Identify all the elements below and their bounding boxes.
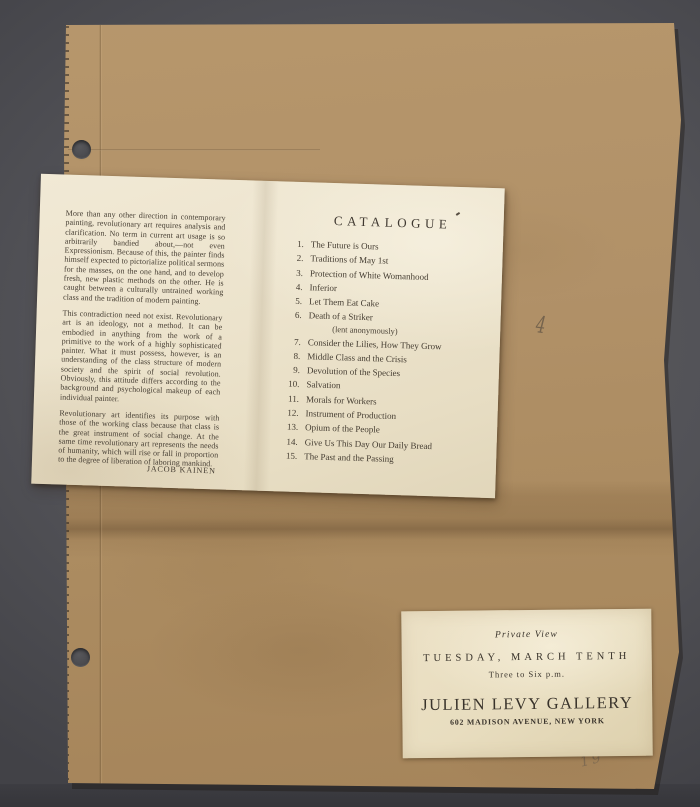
item-title: Traditions of May 1st xyxy=(310,255,388,267)
catalogue-title: CATALOGUE xyxy=(287,212,493,234)
catalogue-item-note: (lent anonymously) xyxy=(332,325,490,339)
catalogue-title-text: CATALOGUE xyxy=(334,213,452,232)
item-number: 4. xyxy=(285,282,302,292)
item-number: 1. xyxy=(287,240,304,250)
item-number: 2. xyxy=(286,254,303,264)
item-title: Opium of the People xyxy=(305,424,380,436)
item-title: Instrument of Production xyxy=(305,409,396,421)
essay-column: More than any other direction in contemp… xyxy=(58,209,226,477)
item-number: 9. xyxy=(283,366,300,376)
catalogue-item: 15.The Past and the Passing xyxy=(280,451,486,467)
event-time: Three to Six p.m. xyxy=(402,668,652,681)
catalogue-item: 13.Opium of the People xyxy=(281,423,487,439)
gallery-address: 602 MADISON AVENUE, NEW YORK xyxy=(402,716,652,728)
catalogue-column: CATALOGUE 1.The Future is Ours 2.Traditi… xyxy=(280,212,494,473)
item-title: Devolution of the Species xyxy=(307,366,400,378)
item-number: 14. xyxy=(281,437,298,447)
scanned-scrapbook-page: 4 19 More than any other direction in co… xyxy=(0,0,700,807)
item-title: Death of a Striker xyxy=(308,312,373,324)
catalogue-item: 2.Traditions of May 1st xyxy=(286,254,492,270)
item-number: 7. xyxy=(284,337,301,347)
essay-paragraph: This contradiction need not exist. Revol… xyxy=(60,309,223,407)
item-number: 10. xyxy=(282,380,299,390)
gallery-name: JULIEN LEVY GALLERY xyxy=(402,693,652,716)
item-number: 15. xyxy=(280,451,297,461)
item-title: Give Us This Day Our Daily Bread xyxy=(305,438,433,451)
event-date: TUESDAY, MARCH TENTH xyxy=(402,651,652,665)
item-number: 5. xyxy=(285,297,302,307)
item-title: The Future is Ours xyxy=(311,240,379,252)
item-title: Let Them Eat Cake xyxy=(309,297,379,309)
essay-paragraph: Revolutionary art identifies its purpose… xyxy=(58,408,220,469)
item-title: Protection of White Womanhood xyxy=(310,269,429,282)
item-number: 3. xyxy=(286,268,303,278)
private-view-label: Private View xyxy=(401,629,651,642)
item-number: 8. xyxy=(283,351,300,361)
pencil-margin-mark: 4 xyxy=(534,311,547,340)
pamphlet-center-fold xyxy=(243,180,279,491)
item-number: 13. xyxy=(281,423,298,433)
item-title: Inferior xyxy=(309,283,337,293)
catalogue-item: 6.Death of a Striker xyxy=(284,311,490,327)
punch-hole-bottom xyxy=(71,648,90,667)
punch-hole-top xyxy=(72,140,91,159)
essay-paragraph: More than any other direction in contemp… xyxy=(63,209,226,307)
print-speck xyxy=(456,212,460,216)
horizontal-crease xyxy=(68,149,320,151)
invitation-card: Private View TUESDAY, MARCH TENTH Three … xyxy=(401,609,653,759)
item-title: Middle Class and the Crisis xyxy=(307,352,407,365)
exhibition-pamphlet: More than any other direction in contemp… xyxy=(31,174,505,498)
item-title: Consider the Lilies, How They Grow xyxy=(308,338,442,352)
item-title: Salvation xyxy=(306,381,340,392)
item-number: 11. xyxy=(282,394,299,404)
item-number: 6. xyxy=(284,311,301,321)
item-title: Morals for Workers xyxy=(306,395,377,407)
item-title: The Past and the Passing xyxy=(304,452,394,464)
item-number: 12. xyxy=(281,409,298,419)
